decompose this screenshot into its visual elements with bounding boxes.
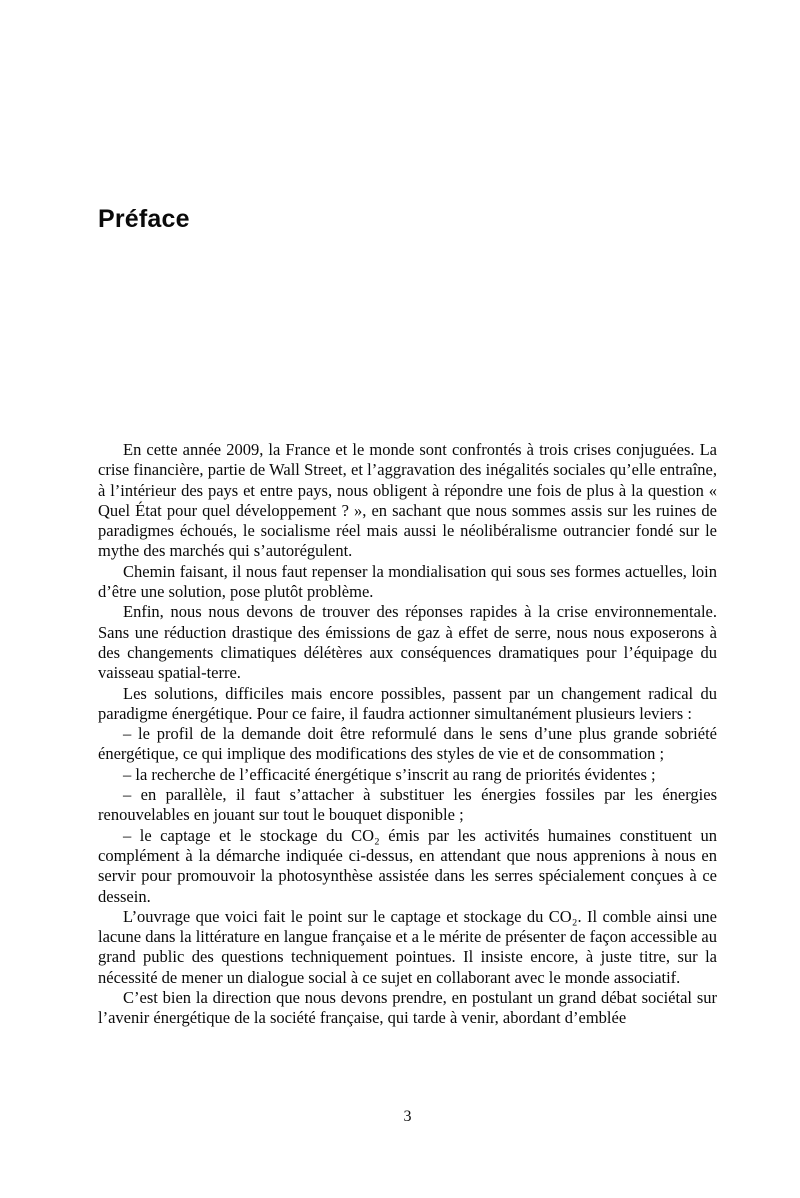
- chapter-title: Préface: [98, 205, 190, 234]
- paragraph-list-item: – en parallèle, il faut s’attacher à sub…: [98, 785, 717, 826]
- paragraph: Chemin faisant, il nous faut repenser la…: [98, 562, 717, 603]
- paragraph-list-item: – la recherche de l’efficacité énergétiq…: [98, 765, 717, 785]
- page-number: 3: [98, 1108, 717, 1126]
- paragraph: C’est bien la direction que nous devons …: [98, 988, 717, 1029]
- body-text: En cette année 2009, la France et le mon…: [98, 440, 717, 1029]
- paragraph: Enfin, nous nous devons de trouver des r…: [98, 602, 717, 683]
- book-page: Préface En cette année 2009, la France e…: [0, 0, 800, 1198]
- paragraph-list-item: – le captage et le stockage du CO₂ émis …: [98, 826, 717, 907]
- paragraph-list-item: – le profil de la demande doit être refo…: [98, 724, 717, 765]
- paragraph: Les solutions, difficiles mais encore po…: [98, 684, 717, 725]
- paragraph: L’ouvrage que voici fait le point sur le…: [98, 907, 717, 988]
- paragraph: En cette année 2009, la France et le mon…: [98, 440, 717, 562]
